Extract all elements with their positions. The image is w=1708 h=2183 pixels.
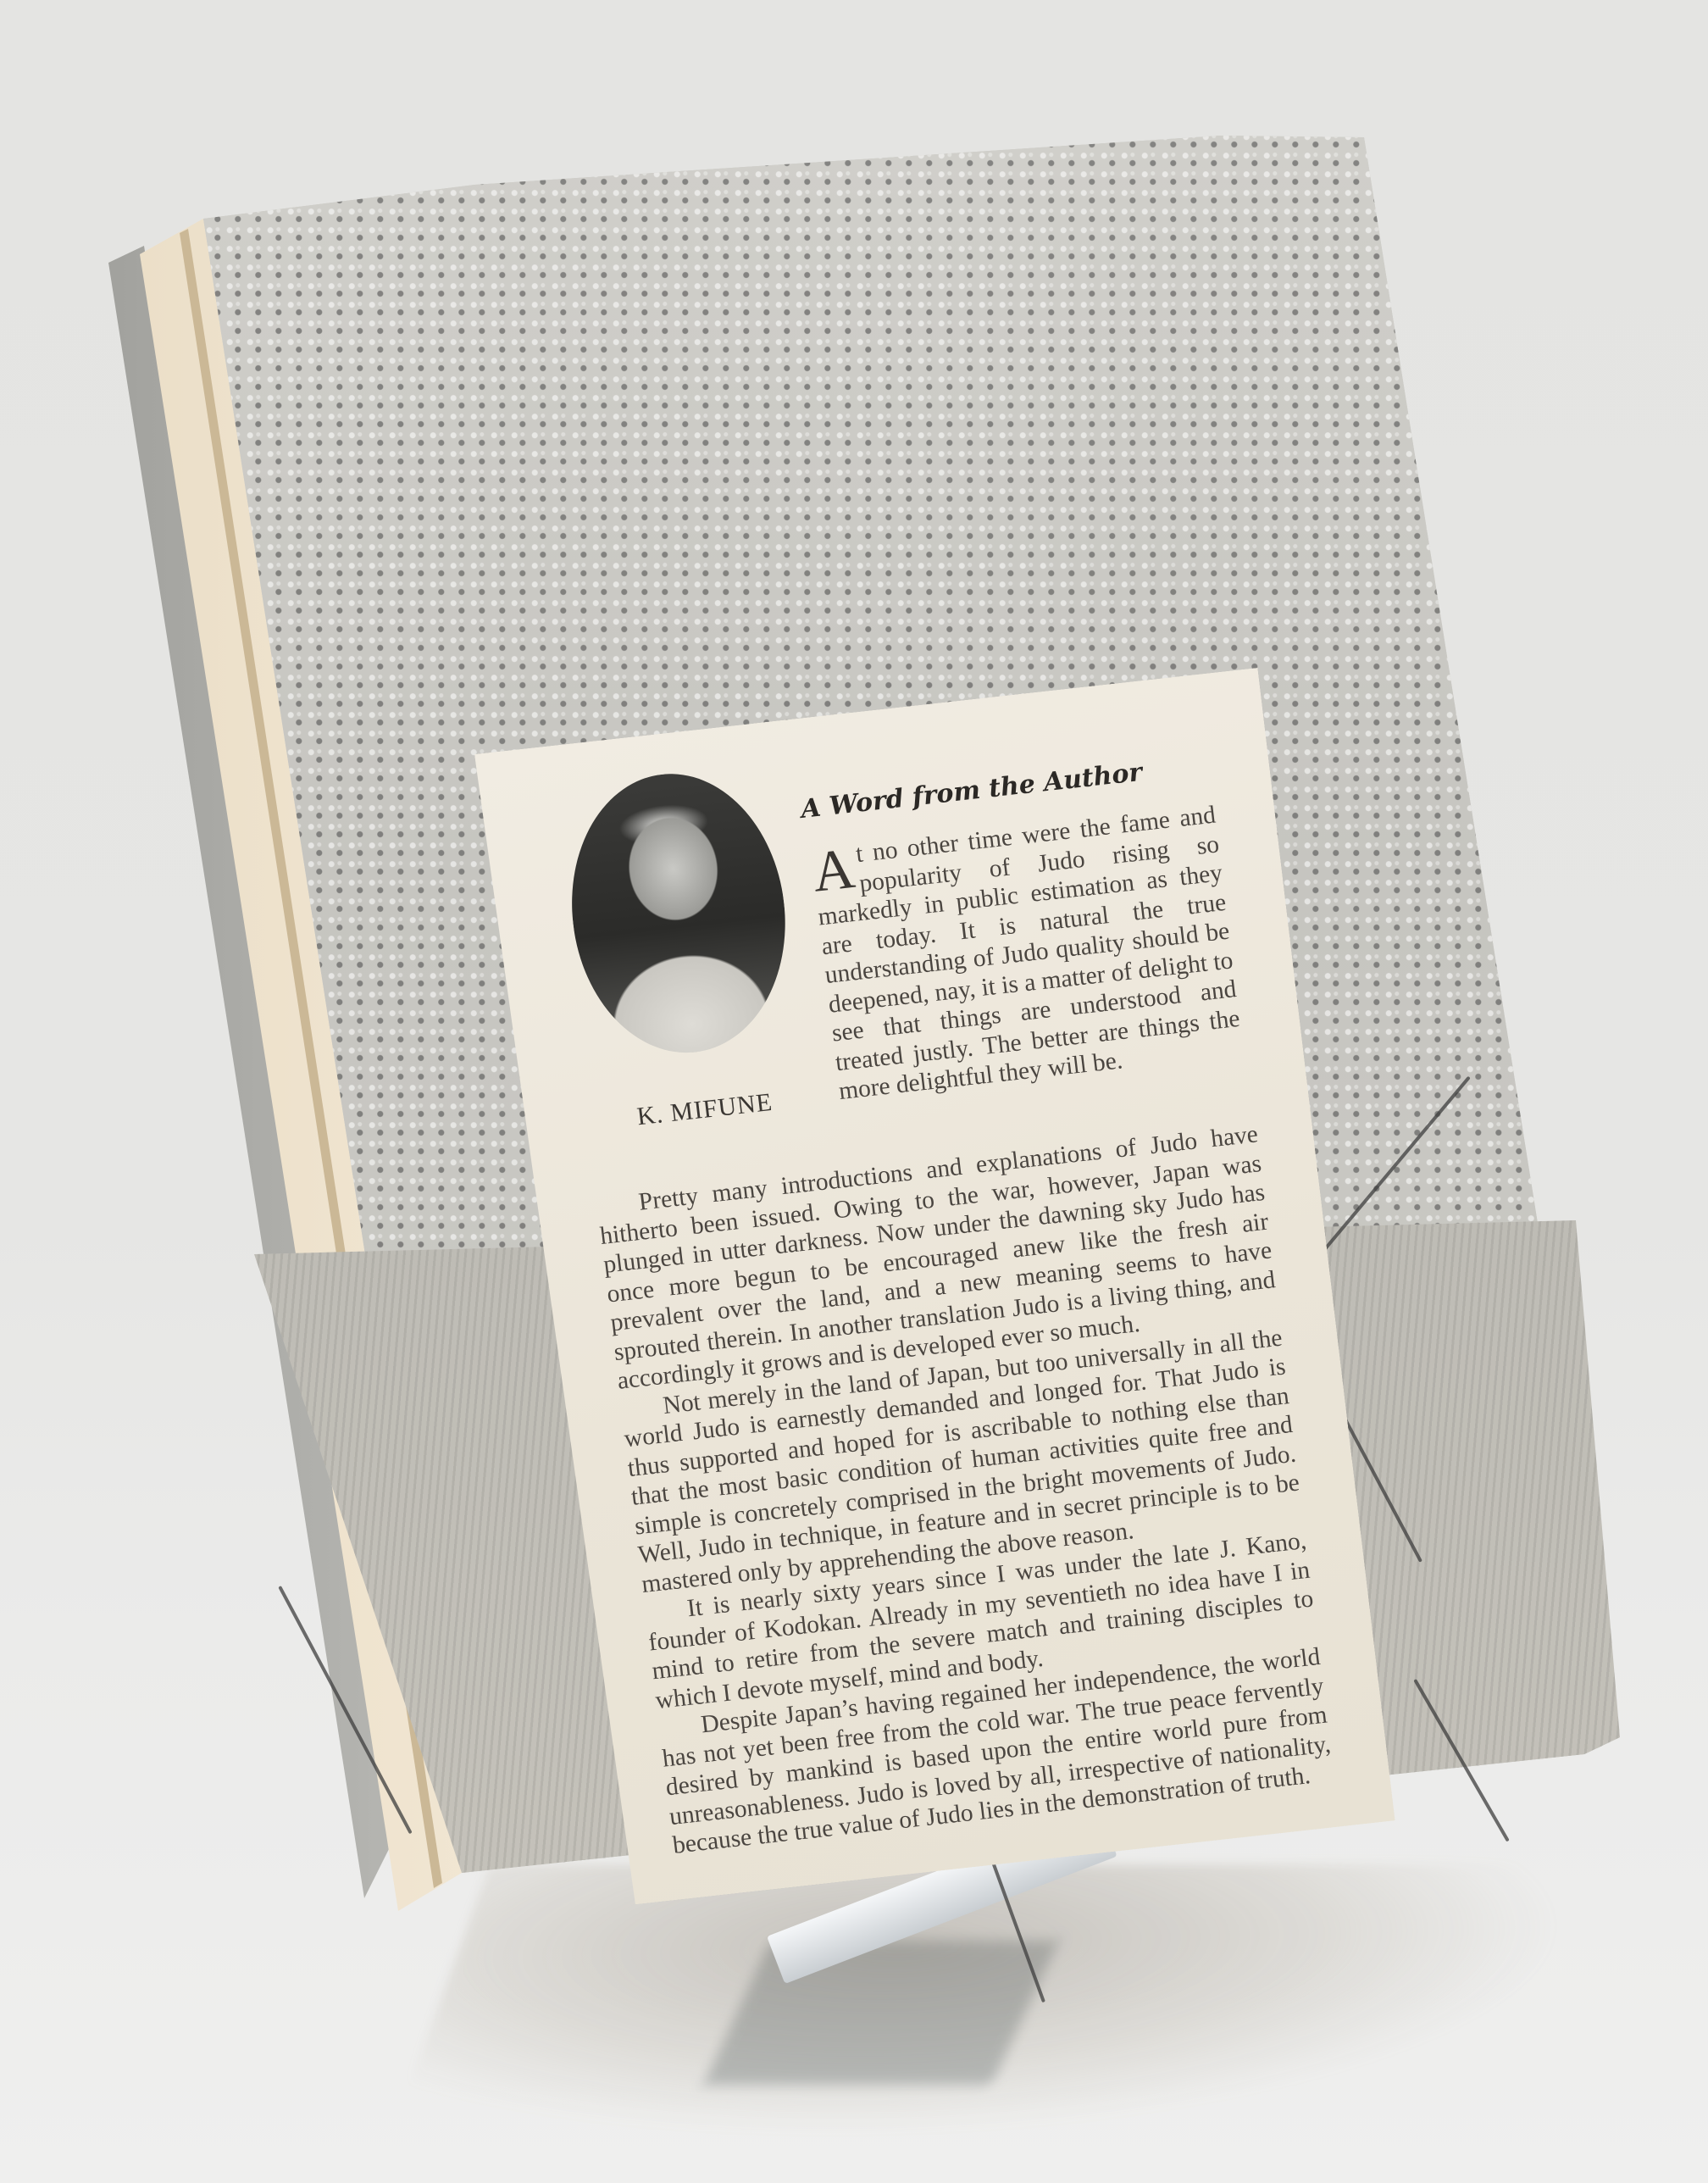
intro-text: t no other time were the fame and popula… [817,802,1241,1106]
dropcap: A [810,842,857,897]
body-text: Pretty many introductions and explanatio… [595,1119,1335,1860]
book: K. MIFUNE A Word from the Author At no o… [0,0,1708,2183]
photo-scene: K. MIFUNE A Word from the Author At no o… [0,0,1708,2183]
intro-paragraph: At no other time were the fame and popul… [809,801,1245,1107]
author-note-panel: K. MIFUNE A Word from the Author At no o… [474,668,1395,1907]
